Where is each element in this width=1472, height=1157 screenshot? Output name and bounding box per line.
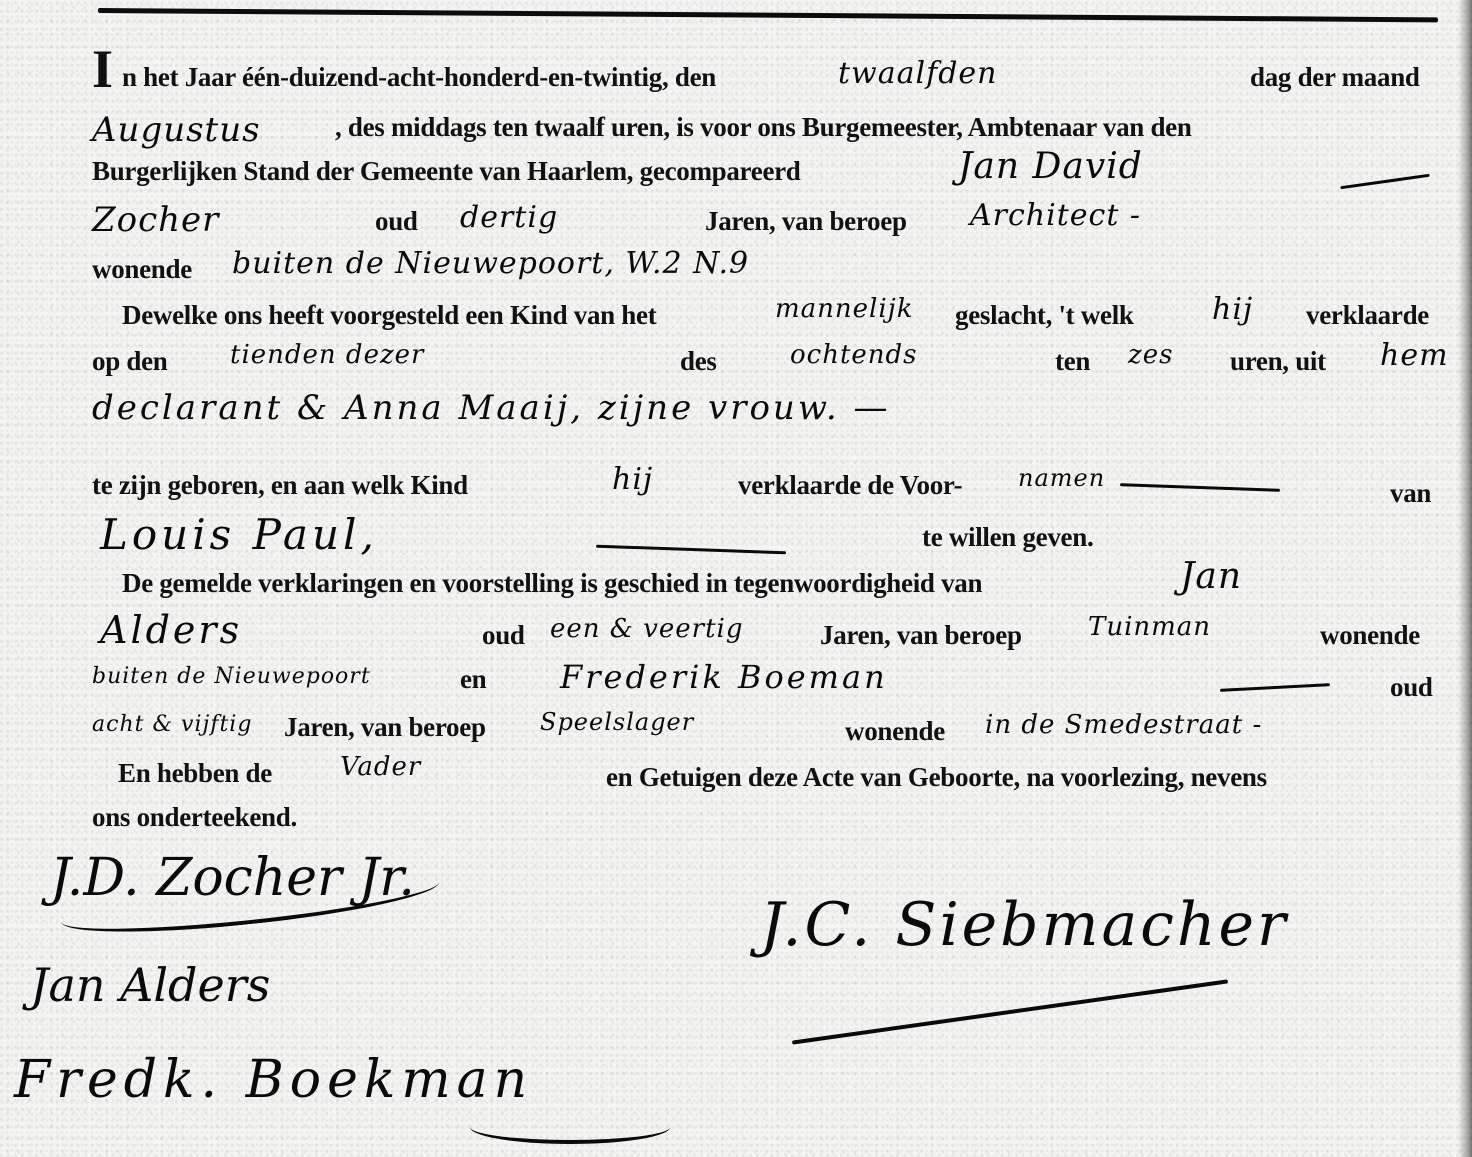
handwritten-time-of-day: ochtends [790, 340, 918, 370]
handwritten-witness2-name: Frederik Boeman [560, 658, 888, 696]
printed-text: wonende [92, 254, 192, 285]
handwritten-hour: zes [1128, 340, 1173, 370]
printed-text: dag der maand [1250, 62, 1420, 93]
printed-text: en [460, 664, 486, 695]
printed-text: verklaarde de Voor- [738, 470, 962, 501]
signature-official: J.C. Siebmacher [760, 890, 1289, 960]
printed-text: des [680, 346, 717, 377]
handwritten-witness1-profession: Tuinman [1088, 612, 1211, 642]
printed-text: oud [1390, 672, 1433, 703]
signature-witness2: Fredk. Boekman [14, 1050, 533, 1110]
handwritten-pronoun: hij [612, 462, 653, 497]
printed-text: te zijn geboren, en aan welk Kind [92, 470, 468, 501]
printed-text: van [1390, 478, 1431, 509]
handwritten-witness2-address: in de Smedestraat - [985, 710, 1262, 740]
printed-text: geslacht, 't welk [955, 300, 1134, 331]
drop-cap: I [92, 42, 113, 96]
handwritten-father-name: Jan David [958, 146, 1143, 187]
handwritten-witness2-age: acht & vijftig [92, 712, 252, 737]
printed-text: uren, uit [1230, 346, 1326, 377]
handwritten-month: Augustus [92, 110, 261, 150]
printed-text: ons onderteekend. [92, 802, 297, 833]
signature-witness1: Jan Alders [30, 958, 270, 1012]
handwritten-sex: mannelijk [775, 294, 913, 324]
printed-text: n het Jaar één-duizend-acht-honderd-en-t… [122, 62, 716, 93]
printed-text: De gemelde verklaringen en voorstelling … [122, 568, 982, 599]
printed-text: wonende [1320, 620, 1420, 651]
printed-text: op den [92, 346, 167, 377]
handwritten-names-word: namen [1018, 464, 1105, 492]
printed-text: verklaarde [1306, 300, 1429, 331]
printed-text: Dewelke ons heeft voorgesteld een Kind v… [122, 300, 656, 331]
page-edge-shadow [1458, 0, 1472, 1157]
handwritten-witness2-profession: Speelslager [540, 708, 694, 736]
handwritten-surname: Zocher [92, 200, 219, 240]
printed-text: Burgerlijken Stand der Gemeente van Haar… [92, 156, 801, 187]
handwritten-profession: Architect - [970, 198, 1141, 233]
handwritten-from: hem [1380, 338, 1449, 373]
printed-text: Jaren, van beroep [705, 206, 907, 237]
printed-text: Jaren, van beroep [284, 712, 486, 743]
printed-text: en Getuigen deze Acte van Geboorte, na v… [606, 762, 1267, 793]
printed-text: oud [482, 620, 525, 651]
handwritten-declarant-role: Vader [340, 752, 421, 782]
handwritten-birth-date: tienden dezer [230, 340, 424, 370]
handwritten-pronoun: hij [1212, 292, 1253, 327]
handwritten-child-name: Louis Paul, [100, 510, 378, 559]
printed-text: te willen geven. [922, 522, 1093, 553]
handwritten-witness1-address: buiten de Nieuwepoort [92, 664, 371, 689]
handwritten-age: dertig [460, 200, 558, 235]
printed-text: wonende [845, 716, 945, 747]
handwritten-mother: declarant & Anna Maaij, zijne vrouw. — [92, 388, 891, 428]
printed-text: Jaren, van beroep [820, 620, 1022, 651]
printed-text: oud [375, 206, 418, 237]
printed-text: En hebben de [118, 758, 272, 789]
handwritten-witness1-surname: Alders [100, 608, 242, 652]
printed-text: , des middags ten twaalf uren, is voor o… [335, 112, 1192, 143]
handwritten-witness1-age: een & veertig [550, 614, 744, 644]
handwritten-address: buiten de Nieuwepoort, W.2 N.9 [232, 246, 749, 281]
handwritten-day: twaalfden [838, 56, 997, 91]
signature-flourish [470, 1110, 670, 1144]
handwritten-witness1-firstname: Jan [1180, 556, 1242, 597]
printed-text: ten [1055, 346, 1090, 377]
